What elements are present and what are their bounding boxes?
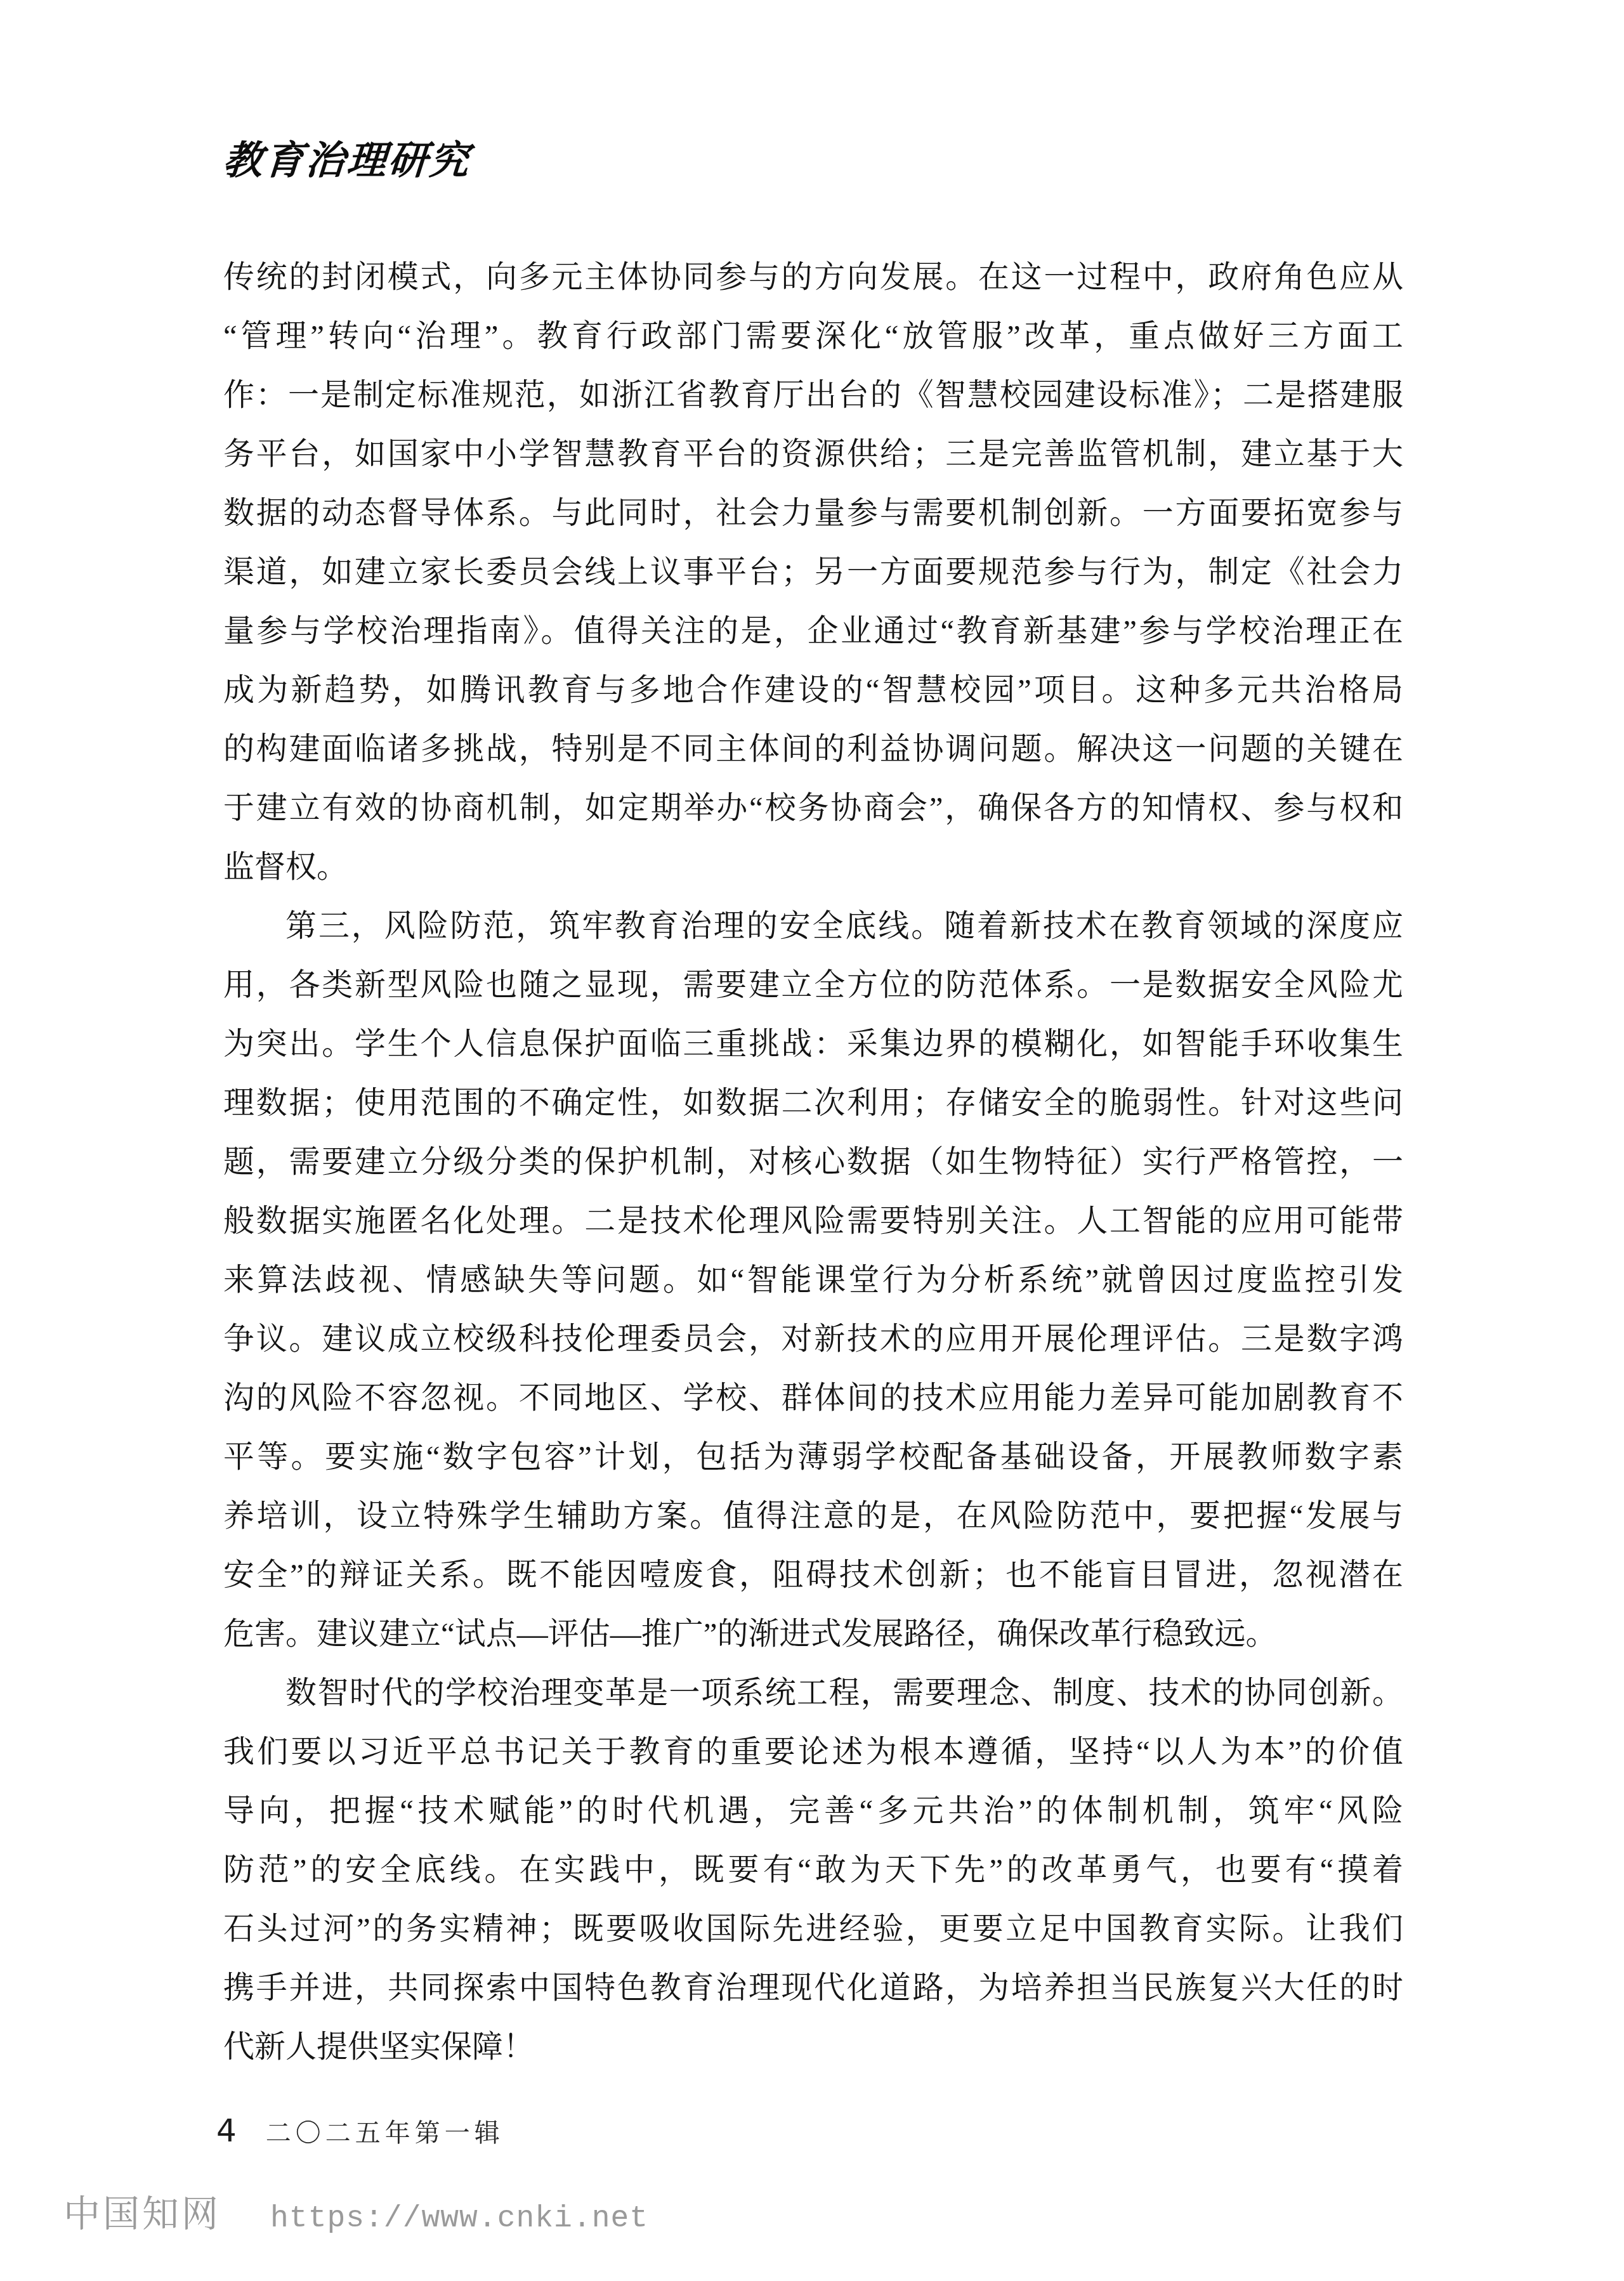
- cnki-url: https://www.cnki.net: [270, 2202, 648, 2236]
- body-line: 作：一是制定标准规范，如浙江省教育厅出台的《智慧校园建设标准》；二是搭建服: [223, 365, 1403, 424]
- issue-label: 二〇二五年第一辑: [266, 2113, 504, 2149]
- body-line: 般数据实施匿名化处理。二是技术伦理风险需要特别关注。人工智能的应用可能带: [223, 1191, 1403, 1250]
- body-line: 石头过河”的务实精神；既要吸收国际先进经验，更要立足中国教育实际。让我们: [223, 1899, 1403, 1958]
- body-line: 沟的风险不容忽视。不同地区、学校、群体间的技术应用能力差异可能加剧教育不: [223, 1368, 1403, 1427]
- body-line: 来算法歧视、情感缺失等问题。如“智能课堂行为分析系统”就曾因过度监控引发: [223, 1250, 1403, 1309]
- body-line: 用，各类新型风险也随之显现，需要建立全方位的防范体系。一是数据安全风险尤: [223, 955, 1403, 1014]
- body-line: 监督权。: [223, 837, 1403, 896]
- body-line: 题，需要建立分级分类的保护机制，对核心数据（如生物特征）实行严格管控，一: [223, 1132, 1403, 1191]
- body-line: 量参与学校治理指南》。值得关注的是，企业通过“教育新基建”参与学校治理正在: [223, 601, 1403, 660]
- body-line: 务平台，如国家中小学智慧教育平台的资源供给；三是完善监管机制，建立基于大: [223, 424, 1403, 483]
- cnki-watermark: 中国知网 https://www.cnki.net: [63, 2184, 648, 2237]
- journal-page: 教育治理研究 传统的封闭模式，向多元主体协同参与的方向发展。在这一过程中，政府角…: [0, 0, 1624, 2281]
- body-line: 防范”的安全底线。在实践中，既要有“敢为天下先”的改革勇气，也要有“摸着: [223, 1840, 1403, 1899]
- body-line: 数据的动态督导体系。与此同时，社会力量参与需要机制创新。一方面要拓宽参与: [223, 483, 1403, 542]
- body-line: 第三，风险防范，筑牢教育治理的安全底线。随着新技术在教育领域的深度应: [223, 896, 1403, 955]
- body-line: 携手并进，共同探索中国特色教育治理现代化道路，为培养担当民族复兴大任的时: [223, 1958, 1403, 2017]
- body-line: 导向，把握“技术赋能”的时代机遇，完善“多元共治”的体制机制，筑牢“风险: [223, 1781, 1403, 1840]
- page-number: 4: [216, 2112, 237, 2149]
- body-line: 争议。建议成立校级科技伦理委员会，对新技术的应用开展伦理评估。三是数字鸿: [223, 1309, 1403, 1368]
- body-line: 危害。建议建立“试点—评估—推广”的渐进式发展路径，确保改革行稳致远。: [223, 1604, 1403, 1663]
- body-line: 养培训，设立特殊学生辅助方案。值得注意的是，在风险防范中，要把握“发展与: [223, 1486, 1403, 1545]
- body-line: 为突出。学生个人信息保护面临三重挑战：采集边界的模糊化，如智能手环收集生: [223, 1014, 1403, 1073]
- body-line: 的构建面临诸多挑战，特别是不同主体间的利益协调问题。解决这一问题的关键在: [223, 719, 1403, 778]
- body-line: 理数据；使用范围的不确定性，如数据二次利用；存储安全的脆弱性。针对这些问: [223, 1073, 1403, 1132]
- article-body: 传统的封闭模式，向多元主体协同参与的方向发展。在这一过程中，政府角色应从“管理”…: [223, 247, 1403, 2076]
- cnki-logo-text: 中国知网: [63, 2184, 221, 2237]
- journal-logo: 教育治理研究: [221, 129, 473, 185]
- page-footer: 4 二〇二五年第一辑: [216, 2112, 504, 2153]
- body-line: 代新人提供坚实保障！: [223, 2017, 1403, 2076]
- body-line: 安全”的辩证关系。既不能因噎废食，阻碍技术创新；也不能盲目冒进，忽视潜在: [223, 1545, 1403, 1604]
- body-line: 传统的封闭模式，向多元主体协同参与的方向发展。在这一过程中，政府角色应从: [223, 247, 1403, 306]
- body-line: 渠道，如建立家长委员会线上议事平台；另一方面要规范参与行为，制定《社会力: [223, 542, 1403, 601]
- body-line: 数智时代的学校治理变革是一项系统工程，需要理念、制度、技术的协同创新。: [223, 1663, 1403, 1722]
- body-line: 于建立有效的协商机制，如定期举办“校务协商会”，确保各方的知情权、参与权和: [223, 778, 1403, 837]
- body-line: “管理”转向“治理”。教育行政部门需要深化“放管服”改革，重点做好三方面工: [223, 306, 1403, 365]
- body-line: 平等。要实施“数字包容”计划，包括为薄弱学校配备基础设备，开展教师数字素: [223, 1427, 1403, 1486]
- body-line: 成为新趋势，如腾讯教育与多地合作建设的“智慧校园”项目。这种多元共治格局: [223, 660, 1403, 719]
- body-line: 我们要以习近平总书记关于教育的重要论述为根本遵循，坚持“以人为本”的价值: [223, 1722, 1403, 1781]
